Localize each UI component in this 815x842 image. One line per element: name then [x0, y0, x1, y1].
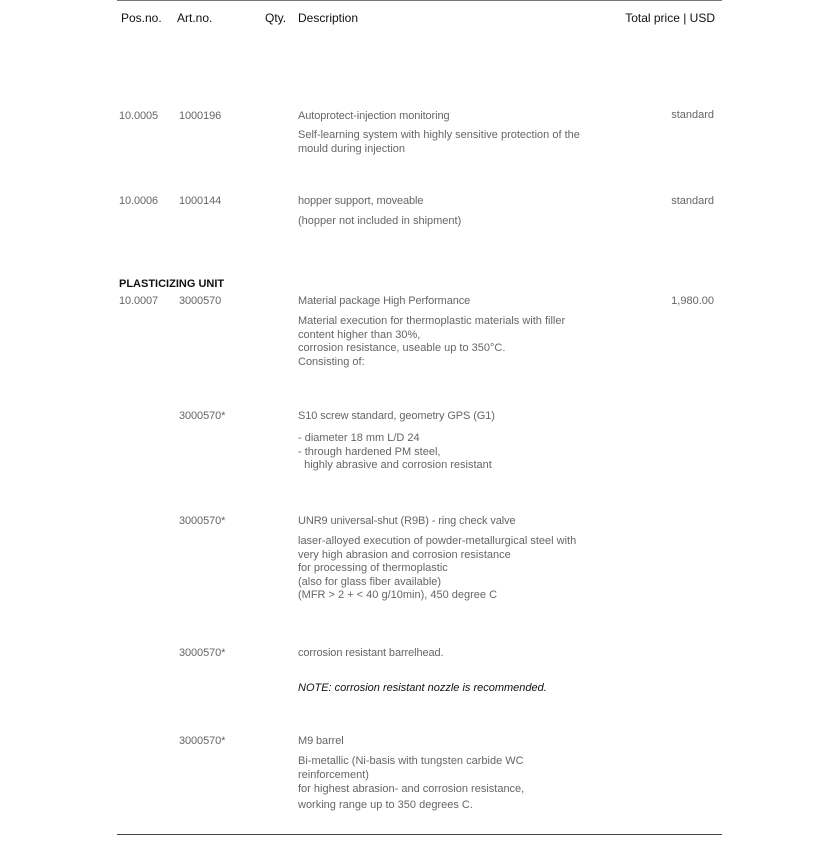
detail-line: Bi-metallic (Ni-basis with tungsten carb…: [298, 755, 598, 769]
item-title: M9 barrel: [298, 735, 344, 748]
header-pos-no: Pos.no.: [121, 11, 162, 25]
header-total-price: Total price | USD: [625, 11, 715, 25]
detail-line: corrosion resistance, useable up to 350°…: [298, 342, 598, 356]
art-no: 3000570: [179, 295, 221, 308]
detail-line: mould during injection: [298, 143, 598, 157]
detail-line: Self-learning system with highly sensiti…: [298, 129, 598, 143]
detail-line: laser-alloyed execution of powder-metall…: [298, 535, 598, 549]
detail-line: reinforcement): [298, 769, 598, 783]
item-details: Material execution for thermoplastic mat…: [298, 315, 598, 369]
header-qty: Qty.: [265, 11, 286, 25]
header-art-no: Art.no.: [177, 11, 212, 25]
item-title: UNR9 universal-shut (R9B) - ring check v…: [298, 515, 516, 528]
item-price: standard: [671, 195, 714, 207]
detail-line: (MFR > 2 + < 40 g/10min), 450 degree C: [298, 589, 598, 603]
item-title: Autoprotect-injection monitoring: [298, 110, 450, 123]
item-details: Bi-metallic (Ni-basis with tungsten carb…: [298, 755, 598, 812]
detail-line: for processing of thermoplastic: [298, 562, 598, 576]
item-price: standard: [671, 109, 714, 121]
detail-line: Consisting of:: [298, 356, 598, 370]
art-no: 3000570*: [179, 735, 225, 748]
detail-line: - diameter 18 mm L/D 24: [298, 432, 598, 446]
detail-line: highly abrasive and corrosion resistant: [298, 459, 598, 473]
detail-line: very high abrasion and corrosion resista…: [298, 549, 598, 563]
art-no: 3000570*: [179, 410, 225, 423]
item-details: Self-learning system with highly sensiti…: [298, 129, 598, 156]
item-details: laser-alloyed execution of powder-metall…: [298, 535, 598, 603]
pos-no: 10.0005: [119, 110, 158, 123]
art-no: 1000144: [179, 195, 221, 208]
item-title: corrosion resistant barrelhead.: [298, 647, 443, 660]
item-price: 1,980.00: [671, 295, 714, 307]
art-no: 1000196: [179, 110, 221, 123]
detail-line: working range up to 350 degrees C.: [298, 799, 598, 813]
item-title: Material package High Performance: [298, 295, 470, 308]
header-description: Description: [298, 11, 358, 25]
pos-no: 10.0007: [119, 295, 158, 308]
item-details: - diameter 18 mm L/D 24 - through harden…: [298, 432, 598, 473]
detail-line: (also for glass fiber available): [298, 576, 598, 590]
top-rule: [117, 0, 722, 1]
section-heading: PLASTICIZING UNIT: [119, 278, 224, 290]
pos-no: 10.0006: [119, 195, 158, 208]
detail-line: - through hardened PM steel,: [298, 446, 598, 460]
item-title: S10 screw standard, geometry GPS (G1): [298, 410, 495, 423]
detail-line: Material execution for thermoplastic mat…: [298, 315, 598, 329]
detail-line: for highest abrasion- and corrosion resi…: [298, 783, 598, 797]
item-title: hopper support, moveable: [298, 195, 423, 208]
note-text: NOTE: corrosion resistant nozzle is reco…: [298, 682, 547, 694]
bottom-rule: [117, 834, 722, 835]
detail-line: (hopper not included in shipment): [298, 215, 598, 229]
art-no: 3000570*: [179, 515, 225, 528]
art-no: 3000570*: [179, 647, 225, 660]
item-details: (hopper not included in shipment): [298, 215, 598, 229]
detail-line: content higher than 30%,: [298, 329, 598, 343]
